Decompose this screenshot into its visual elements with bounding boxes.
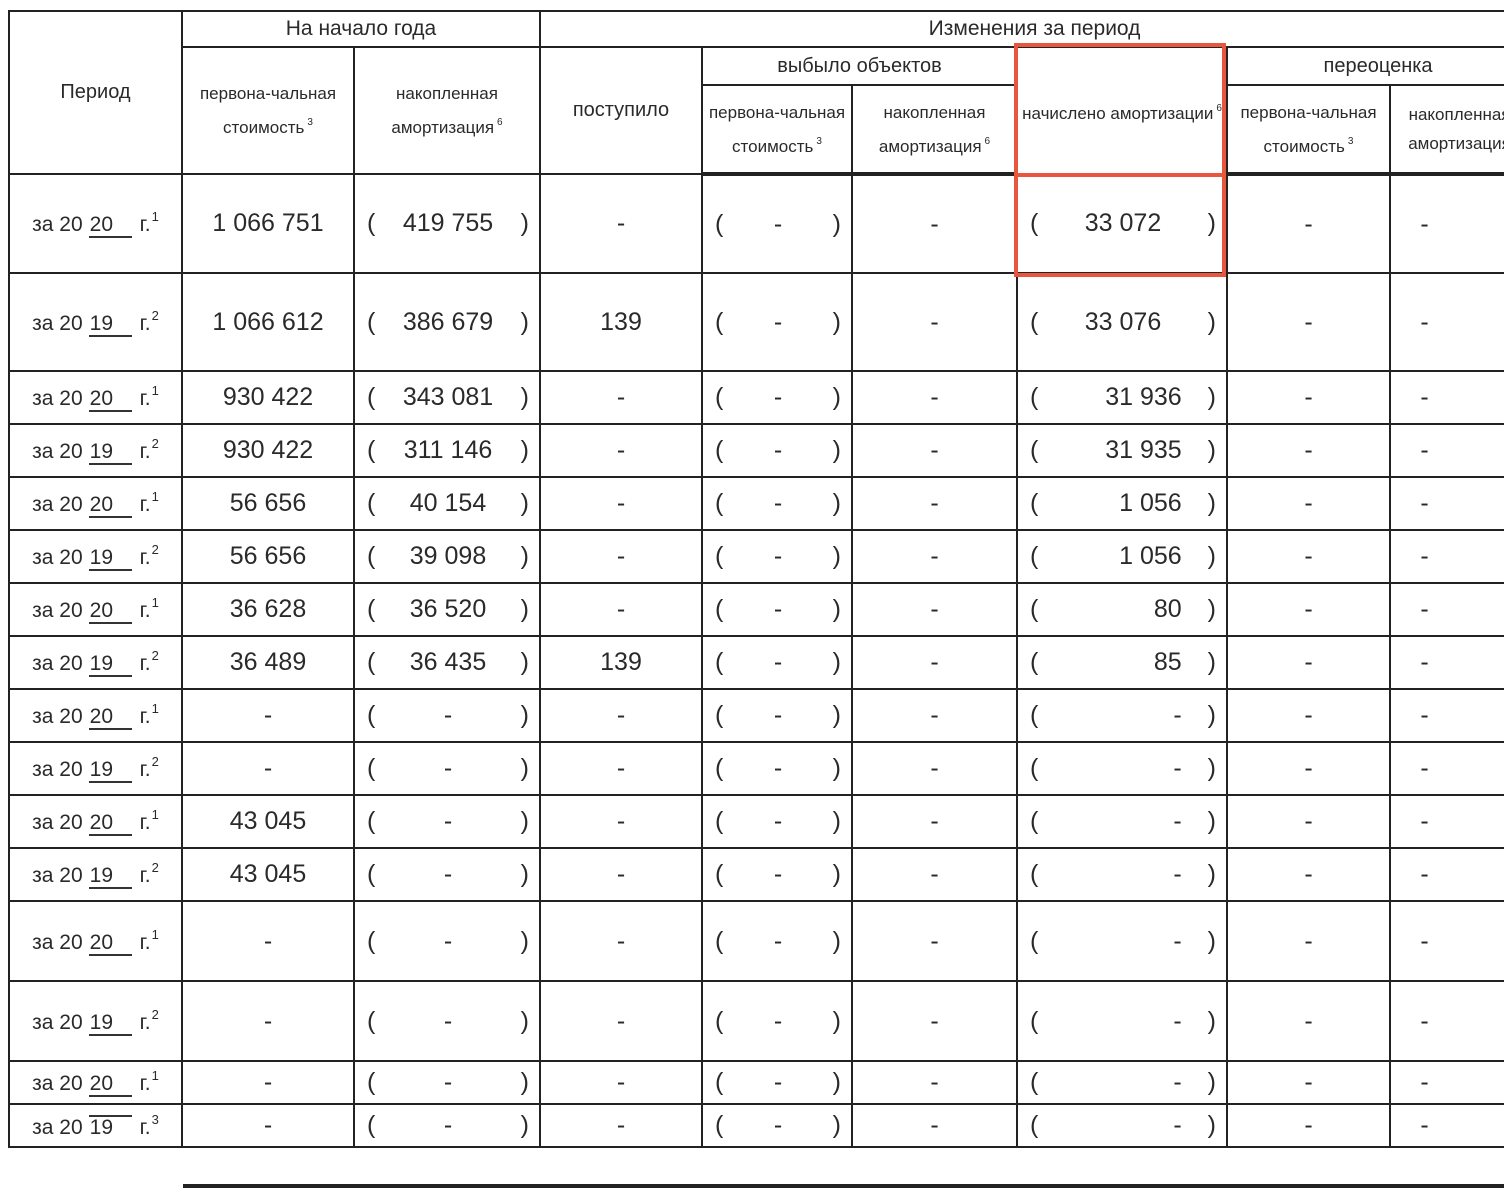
reval-initial-cost-cell: - [1227, 477, 1390, 530]
reval-accum-depr-cell: - [1390, 742, 1504, 795]
received-cell: - [540, 477, 702, 530]
table-row: за 2019г.21 066 612(386 679)139(-)-(33 0… [9, 273, 1504, 371]
disposed-accum-depr-cell: - [852, 273, 1017, 371]
year-value: 19 [89, 1012, 132, 1036]
reval-accum-depr-cell: - [1390, 424, 1504, 477]
table-row: за 2020г.1-(-)-(-)-(-)-- [9, 1061, 1504, 1104]
start-initial-cost-cell: 930 422 [182, 371, 354, 424]
start-accum-depr-cell: (39 098) [354, 530, 540, 583]
disposed-accum-depr-cell: - [852, 636, 1017, 689]
reval-accum-depr-cell: - [1390, 273, 1504, 371]
received-cell: - [540, 530, 702, 583]
start-initial-cost-cell: - [182, 1061, 354, 1104]
start-accum-depr-cell: (-) [354, 1104, 540, 1147]
reval-initial-cost-cell: - [1227, 689, 1390, 742]
reval-initial-cost-cell: - [1227, 848, 1390, 901]
depr-charged-cell: (-) [1017, 1061, 1227, 1104]
table-row: за 2019г.256 656(39 098)-(-)-(1 056)-- [9, 530, 1504, 583]
reval-accum-depr-cell: - [1390, 1104, 1504, 1147]
disposed-accum-depr-cell: - [852, 981, 1017, 1061]
disposed-initial-cost-cell: (-) [702, 636, 852, 689]
header-period: Период [9, 11, 182, 174]
disposed-initial-cost-cell: (-) [702, 848, 852, 901]
reval-accum-depr-cell: - [1390, 689, 1504, 742]
start-accum-depr-cell: (-) [354, 689, 540, 742]
header-depr-charged: начислено амортизации6 [1017, 47, 1227, 174]
start-accum-depr-cell: (-) [354, 742, 540, 795]
start-initial-cost-cell: - [182, 1104, 354, 1147]
depr-charged-cell: (33 072) [1017, 174, 1227, 273]
reval-initial-cost-cell: - [1227, 174, 1390, 273]
year-value: 20 [89, 812, 132, 836]
disposed-initial-cost-cell: (-) [702, 371, 852, 424]
period-cell: за 2019г.3 [9, 1104, 182, 1147]
reval-initial-cost-cell: - [1227, 371, 1390, 424]
period-cell: за 2019г.2 [9, 636, 182, 689]
year-value: 19 [89, 1115, 132, 1139]
document-page: Период На начало года Изменения за перио… [0, 0, 1504, 1200]
received-cell: - [540, 901, 702, 981]
reval-accum-depr-cell: - [1390, 636, 1504, 689]
received-cell: 139 [540, 273, 702, 371]
year-value: 20 [89, 494, 132, 518]
depr-charged-cell: (85) [1017, 636, 1227, 689]
depr-charged-cell: (1 056) [1017, 530, 1227, 583]
reval-accum-depr-cell: - [1390, 1061, 1504, 1104]
disposed-accum-depr-cell: - [852, 424, 1017, 477]
received-cell: - [540, 1104, 702, 1147]
start-accum-depr-cell: (36 435) [354, 636, 540, 689]
reval-accum-depr-cell: - [1390, 848, 1504, 901]
depr-charged-cell: (1 056) [1017, 477, 1227, 530]
start-initial-cost-cell: - [182, 689, 354, 742]
received-cell: - [540, 371, 702, 424]
year-value: 19 [89, 441, 132, 465]
start-initial-cost-cell: 1 066 751 [182, 174, 354, 273]
disposed-initial-cost-cell: (-) [702, 477, 852, 530]
disposed-initial-cost-cell: (-) [702, 273, 852, 371]
depr-charged-cell: (31 936) [1017, 371, 1227, 424]
table-row: за 2020г.156 656(40 154)-(-)-(1 056)-- [9, 477, 1504, 530]
disposed-initial-cost-cell: (-) [702, 901, 852, 981]
received-cell: - [540, 424, 702, 477]
disposed-accum-depr-cell: - [852, 1104, 1017, 1147]
disposed-initial-cost-cell: (-) [702, 795, 852, 848]
table-row: за 2019г.243 045(-)-(-)-(-)-- [9, 848, 1504, 901]
disposed-accum-depr-cell: - [852, 795, 1017, 848]
disposed-initial-cost-cell: (-) [702, 530, 852, 583]
year-value: 19 [89, 865, 132, 889]
start-accum-depr-cell: (-) [354, 795, 540, 848]
period-cell: за 2020г.1 [9, 901, 182, 981]
reval-accum-depr-cell: - [1390, 795, 1504, 848]
reval-initial-cost-cell: - [1227, 1061, 1390, 1104]
disposed-initial-cost-cell: (-) [702, 689, 852, 742]
period-cell: за 2019г.2 [9, 530, 182, 583]
reval-initial-cost-cell: - [1227, 795, 1390, 848]
disposed-initial-cost-cell: (-) [702, 1104, 852, 1147]
depr-charged-cell: (-) [1017, 742, 1227, 795]
reval-accum-depr-cell: - [1390, 981, 1504, 1061]
year-value: 19 [89, 547, 132, 571]
depr-charged-cell: (-) [1017, 981, 1227, 1061]
disposed-accum-depr-cell: - [852, 742, 1017, 795]
period-cell: за 2019г.2 [9, 424, 182, 477]
received-cell: 139 [540, 636, 702, 689]
table-row: за 2019г.3-(-)-(-)-(-)-- [9, 1104, 1504, 1147]
year-value: 20 [89, 706, 132, 730]
start-initial-cost-cell: 56 656 [182, 530, 354, 583]
header-received: поступило [540, 47, 702, 174]
start-accum-depr-cell: (40 154) [354, 477, 540, 530]
reval-initial-cost-cell: - [1227, 901, 1390, 981]
table-row: за 2020г.143 045(-)-(-)-(-)-- [9, 795, 1504, 848]
start-accum-depr-cell: (386 679) [354, 273, 540, 371]
disposed-initial-cost-cell: (-) [702, 981, 852, 1061]
period-cell: за 2019г.2 [9, 273, 182, 371]
header-disposed-initial-cost: первона-чальная стоимость3 [702, 85, 852, 174]
received-cell: - [540, 1061, 702, 1104]
reval-accum-depr-cell: - [1390, 583, 1504, 636]
start-initial-cost-cell: 43 045 [182, 848, 354, 901]
start-initial-cost-cell: 1 066 612 [182, 273, 354, 371]
header-reval-accum-depr: накопленная амортизация [1390, 85, 1504, 174]
table-row: за 2019г.2-(-)-(-)-(-)-- [9, 742, 1504, 795]
depr-charged-cell: (33 076) [1017, 273, 1227, 371]
period-cell: за 2020г.1 [9, 174, 182, 273]
disposed-accum-depr-cell: - [852, 583, 1017, 636]
reval-initial-cost-cell: - [1227, 583, 1390, 636]
disposed-accum-depr-cell: - [852, 689, 1017, 742]
year-value: 20 [89, 214, 132, 238]
received-cell: - [540, 795, 702, 848]
received-cell: - [540, 742, 702, 795]
period-cell: за 2020г.1 [9, 795, 182, 848]
reval-initial-cost-cell: - [1227, 636, 1390, 689]
depr-charged-cell: (-) [1017, 689, 1227, 742]
disposed-accum-depr-cell: - [852, 1061, 1017, 1104]
year-value: 19 [89, 313, 132, 337]
start-accum-depr-cell: (-) [354, 1061, 540, 1104]
header-start-initial-cost: первона-чальная стоимость3 [182, 47, 354, 174]
disposed-accum-depr-cell: - [852, 901, 1017, 981]
reval-initial-cost-cell: - [1227, 1104, 1390, 1147]
reval-accum-depr-cell: - [1390, 371, 1504, 424]
depr-charged-cell: (-) [1017, 1104, 1227, 1147]
table-row: за 2019г.2-(-)-(-)-(-)-- [9, 981, 1504, 1061]
disposed-accum-depr-cell: - [852, 174, 1017, 273]
reval-accum-depr-cell: - [1390, 174, 1504, 273]
year-value: 19 [89, 759, 132, 783]
table-row: за 2020г.1-(-)-(-)-(-)-- [9, 901, 1504, 981]
disposed-initial-cost-cell: (-) [702, 583, 852, 636]
year-value: 19 [89, 653, 132, 677]
year-value: 20 [89, 600, 132, 624]
depr-charged-cell: (31 935) [1017, 424, 1227, 477]
disposed-accum-depr-cell: - [852, 530, 1017, 583]
reval-initial-cost-cell: - [1227, 273, 1390, 371]
disposed-accum-depr-cell: - [852, 848, 1017, 901]
table-body: за 2020г.11 066 751(419 755)-(-)-(33 072… [9, 174, 1504, 1147]
start-accum-depr-cell: (-) [354, 848, 540, 901]
disposed-initial-cost-cell: (-) [702, 424, 852, 477]
received-cell: - [540, 689, 702, 742]
header-start-accum-depr: накопленная амортизация6 [354, 47, 540, 174]
start-initial-cost-cell: 36 489 [182, 636, 354, 689]
table-row: за 2020г.11 066 751(419 755)-(-)-(33 072… [9, 174, 1504, 273]
year-value: 20 [89, 1073, 132, 1097]
start-accum-depr-cell: (-) [354, 901, 540, 981]
table-row: за 2020г.136 628(36 520)-(-)-(80)-- [9, 583, 1504, 636]
received-cell: - [540, 583, 702, 636]
start-accum-depr-cell: (419 755) [354, 174, 540, 273]
reval-accum-depr-cell: - [1390, 530, 1504, 583]
period-cell: за 2020г.1 [9, 583, 182, 636]
start-accum-depr-cell: (311 146) [354, 424, 540, 477]
disposed-initial-cost-cell: (-) [702, 174, 852, 273]
disposed-initial-cost-cell: (-) [702, 1061, 852, 1104]
start-accum-depr-cell: (36 520) [354, 583, 540, 636]
header-start-of-year: На начало года [182, 11, 540, 47]
depr-charged-cell: (-) [1017, 848, 1227, 901]
period-cell: за 2020г.1 [9, 689, 182, 742]
table-row: за 2019г.236 489(36 435)139(-)-(85)-- [9, 636, 1504, 689]
header-changes: Изменения за период [540, 11, 1504, 47]
disposed-accum-depr-cell: - [852, 477, 1017, 530]
disposed-initial-cost-cell: (-) [702, 742, 852, 795]
depr-charged-cell: (-) [1017, 901, 1227, 981]
year-value: 20 [89, 932, 132, 956]
reval-initial-cost-cell: - [1227, 424, 1390, 477]
table-bottom-border [183, 1184, 1504, 1188]
period-cell: за 2020г.1 [9, 371, 182, 424]
period-cell: за 2020г.1 [9, 477, 182, 530]
table-row: за 2019г.2930 422(311 146)-(-)-(31 935)-… [9, 424, 1504, 477]
received-cell: - [540, 848, 702, 901]
reval-initial-cost-cell: - [1227, 981, 1390, 1061]
reval-initial-cost-cell: - [1227, 742, 1390, 795]
table-row: за 2020г.1-(-)-(-)-(-)-- [9, 689, 1504, 742]
start-accum-depr-cell: (343 081) [354, 371, 540, 424]
reval-accum-depr-cell: - [1390, 901, 1504, 981]
start-initial-cost-cell: 36 628 [182, 583, 354, 636]
header-revaluation: переоценка [1227, 47, 1504, 85]
table-row: за 2020г.1930 422(343 081)-(-)-(31 936)-… [9, 371, 1504, 424]
start-initial-cost-cell: 930 422 [182, 424, 354, 477]
start-initial-cost-cell: 56 656 [182, 477, 354, 530]
period-cell: за 2019г.2 [9, 742, 182, 795]
fixed-assets-table: Период На начало года Изменения за перио… [8, 10, 1504, 1148]
start-initial-cost-cell: - [182, 901, 354, 981]
period-cell: за 2019г.2 [9, 848, 182, 901]
period-cell: за 2020г.1 [9, 1061, 182, 1104]
header-disposed-accum-depr: накопленная амортизация6 [852, 85, 1017, 174]
year-value: 20 [89, 388, 132, 412]
start-accum-depr-cell: (-) [354, 981, 540, 1061]
start-initial-cost-cell: - [182, 742, 354, 795]
header-reval-initial-cost: первона-чальная стоимость3 [1227, 85, 1390, 174]
start-initial-cost-cell: 43 045 [182, 795, 354, 848]
disposed-accum-depr-cell: - [852, 371, 1017, 424]
received-cell: - [540, 174, 702, 273]
reval-initial-cost-cell: - [1227, 530, 1390, 583]
received-cell: - [540, 981, 702, 1061]
reval-accum-depr-cell: - [1390, 477, 1504, 530]
depr-charged-cell: (80) [1017, 583, 1227, 636]
start-initial-cost-cell: - [182, 981, 354, 1061]
period-cell: за 2019г.2 [9, 981, 182, 1061]
header-disposed: выбыло объектов [702, 47, 1017, 85]
depr-charged-cell: (-) [1017, 795, 1227, 848]
